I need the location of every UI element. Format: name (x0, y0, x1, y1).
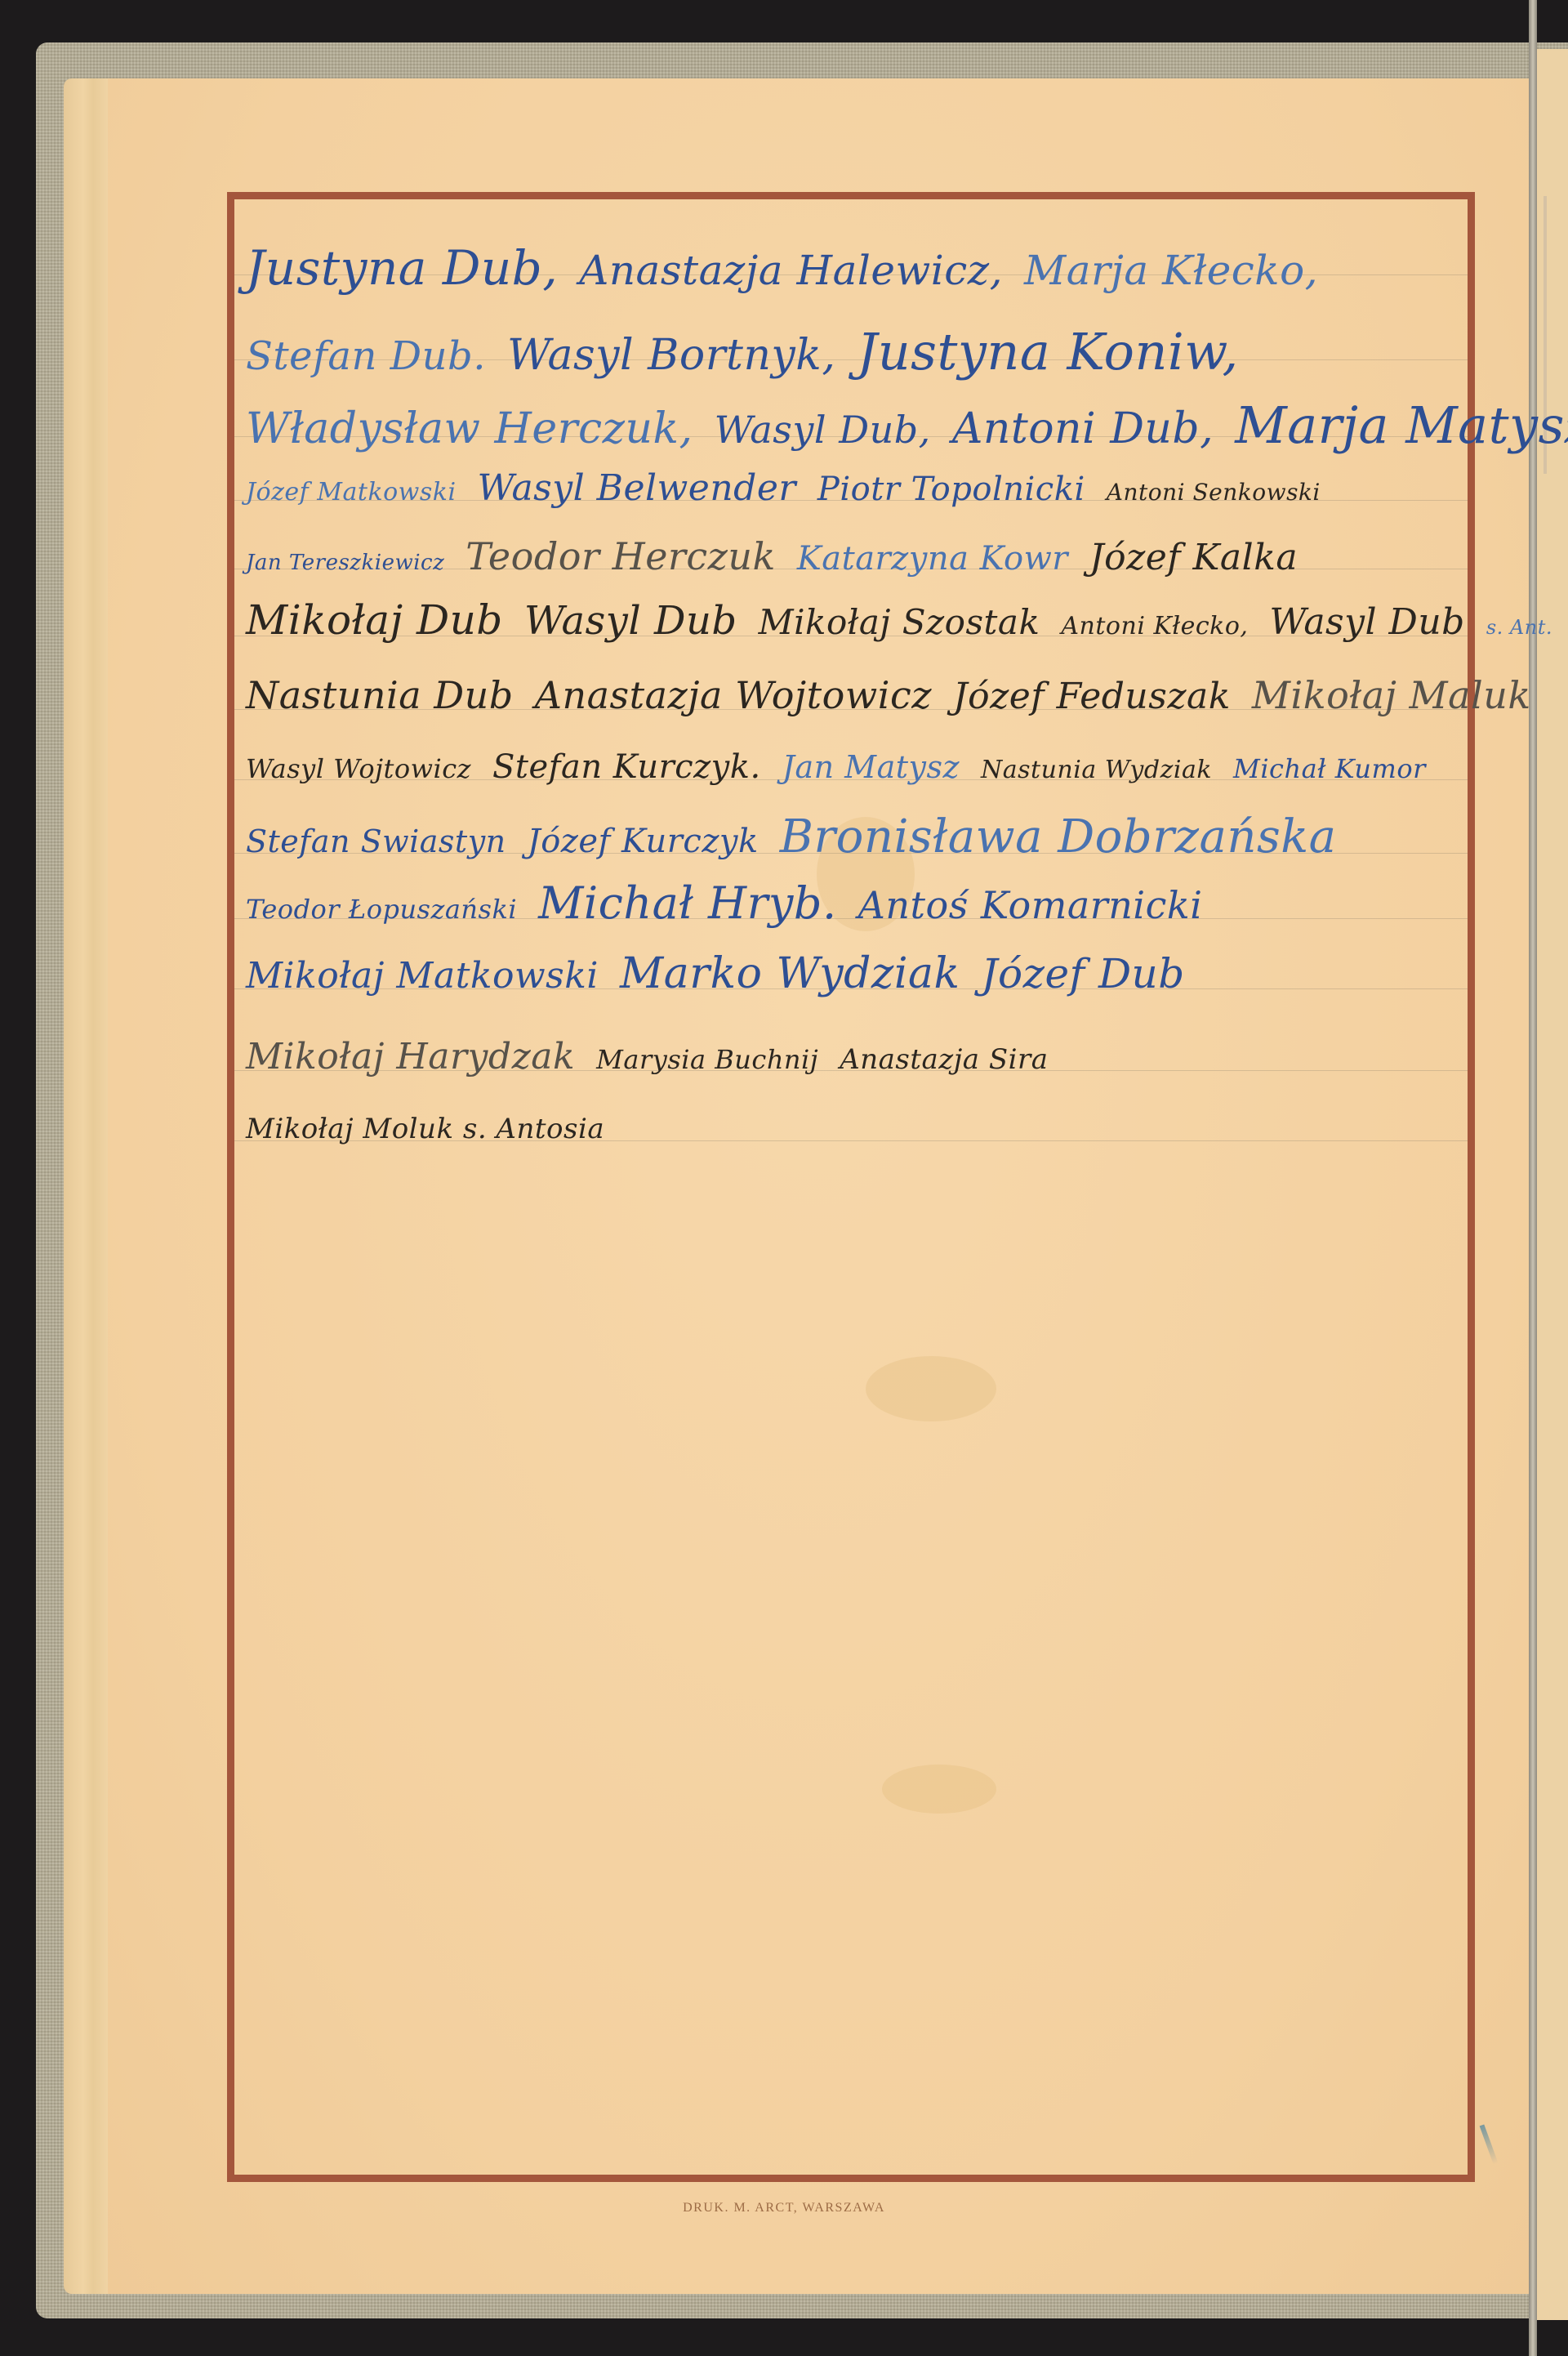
signature-line: Władysław Herczuk,Wasyl Dub,Antoni Dub,M… (246, 395, 1459, 455)
signature: Józef Feduszak (953, 676, 1231, 717)
signature: Marja Matysz (1235, 395, 1568, 455)
signature: Marja Kłecko, (1024, 247, 1318, 294)
signature: Anastazja Sira (840, 1043, 1048, 1076)
signature: Wasyl Wojtowicz (246, 753, 471, 784)
signature: Mikołaj Maluk (1252, 673, 1531, 717)
signature: Stefan Kurczyk. (492, 748, 761, 786)
signature: Jan Tereszkiewicz (246, 551, 444, 575)
signature: Józef Matkowski (246, 478, 457, 506)
printer-imprint: DRUK. M. ARCT, WARSZAWA (0, 2201, 1568, 2215)
signature: Mikołaj Moluk s. Antosia (246, 1113, 604, 1145)
signature: s. Ant. (1486, 616, 1552, 639)
signature: Antoni Senkowski (1107, 479, 1321, 506)
signature-line: Justyna Dub,Anastazja Halewicz,Marja Kłe… (246, 240, 1459, 296)
signature: Wasyl Dub (1269, 601, 1464, 643)
signature: Józef Kurczyk (528, 823, 759, 860)
signature: Anastazja Halewicz, (579, 247, 1003, 294)
signature: Władysław Herczuk, (246, 404, 693, 453)
signature-line: Stefan SwiastynJózef KurczykBronisława D… (246, 810, 1459, 863)
signature: Marysia Buchnij (596, 1044, 818, 1075)
facing-page-edge (1537, 49, 1568, 2320)
signature-frame: Justyna Dub,Anastazja Halewicz,Marja Kłe… (227, 192, 1475, 2182)
signature: Stefan Swiastyn (246, 823, 506, 859)
signature-line: Teodor ŁopuszańskiMichał Hryb.Antoś Koma… (246, 877, 1459, 929)
signature: Antoni Kłecko, (1061, 612, 1248, 640)
signature: Bronisława Dobrzańska (780, 810, 1337, 863)
signature: Józef Kalka (1089, 537, 1298, 578)
signature-line: Mikołaj DubWasyl DubMikołaj SzostakAnton… (246, 596, 1459, 644)
signature: Wasyl Bortnyk, (507, 331, 835, 380)
signature: Michał Hryb. (538, 877, 837, 929)
signature: Justyna Koniw, (857, 322, 1238, 382)
signature-line: Mikołaj HarydzakMarysia BuchnijAnastazja… (246, 1036, 1459, 1078)
signature: Mikołaj Matkowski (246, 955, 599, 997)
signature-line: Wasyl WojtowiczStefan Kurczyk.Jan Matysz… (246, 748, 1459, 786)
signature: Teodor Herczuk (465, 534, 776, 578)
signature: Katarzyna Kowr (797, 540, 1068, 578)
signature: Wasyl Belwender (478, 467, 796, 509)
signature: Nastunia Wydziak (981, 756, 1212, 784)
signature: Mikołaj Szostak (759, 602, 1040, 642)
signature-line: Mikołaj MatkowskiMarko WydziakJózef Dub (246, 949, 1459, 998)
signature: Anastazja Wojtowicz (535, 673, 932, 717)
signature: Wasyl Dub (524, 598, 737, 644)
signature: Mikołaj Dub (246, 596, 503, 644)
signature: Nastunia Dub (246, 673, 514, 717)
signature: Michał Kumor (1233, 753, 1426, 784)
signature-line: Jan TereszkiewiczTeodor HerczukKatarzyna… (246, 534, 1459, 578)
book-gutter (1529, 0, 1537, 2356)
page-stack-edge (64, 78, 113, 2294)
signature-line: Józef MatkowskiWasyl BelwenderPiotr Topo… (246, 467, 1459, 509)
signature: Teodor Łopuszański (246, 894, 517, 925)
signature-line: Stefan Dub.Wasyl Bortnyk,Justyna Koniw, (246, 322, 1459, 382)
signature: Antoś Komarnicki (858, 883, 1203, 927)
signature: Piotr Topolnicki (817, 471, 1085, 508)
signature-line: Nastunia DubAnastazja WojtowiczJózef Fed… (246, 673, 1459, 717)
signature-line: Mikołaj Moluk s. Antosia (246, 1113, 1459, 1145)
signature: Mikołaj Harydzak (246, 1036, 575, 1078)
signature: Józef Dub (981, 950, 1184, 997)
signature: Wasyl Dub, (715, 408, 931, 452)
signature: Justyna Dub, (246, 240, 558, 296)
signature: Stefan Dub. (246, 333, 486, 379)
signature: Jan Matysz (782, 749, 960, 785)
signature: Marko Wydziak (620, 949, 960, 998)
signature: Antoni Dub, (952, 404, 1214, 453)
